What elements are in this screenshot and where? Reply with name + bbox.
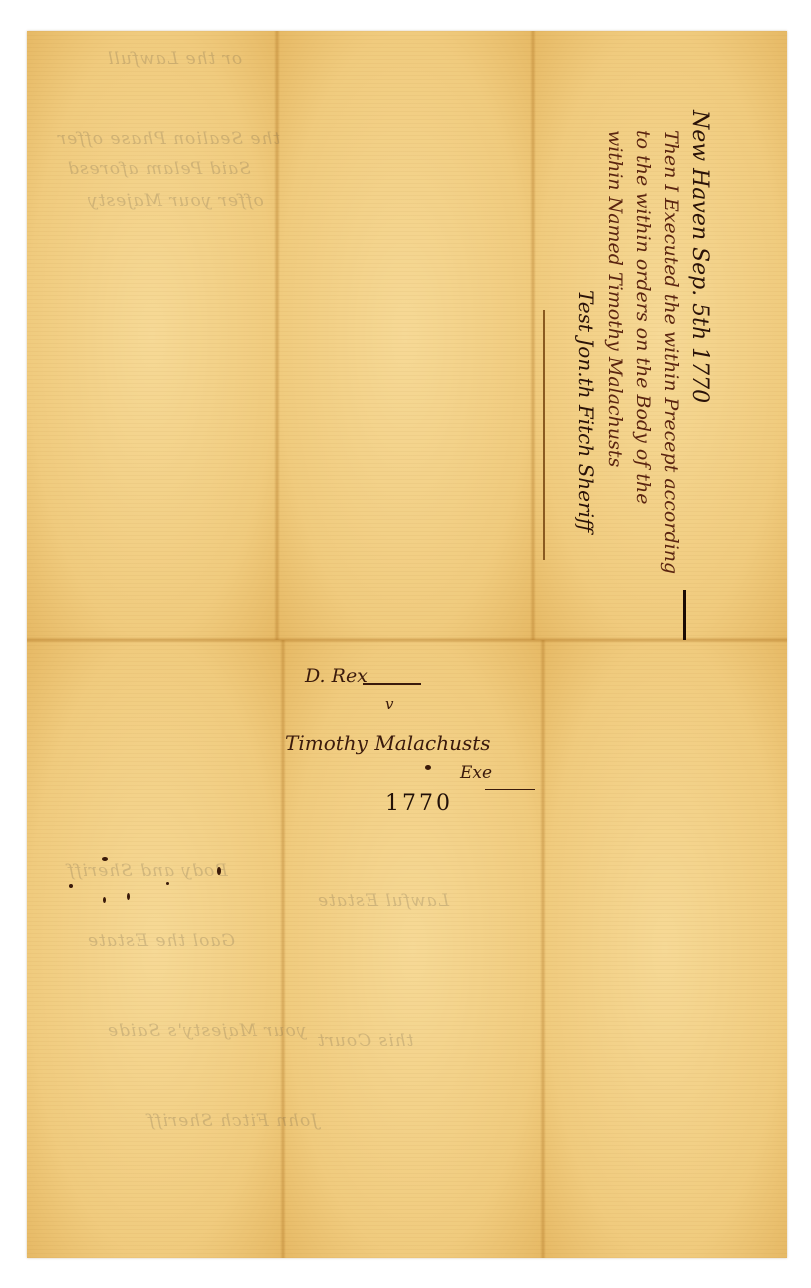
horizontal-fold [27,637,787,643]
vertical-fold-left-top [274,31,280,640]
ink-blot [217,867,221,875]
bleed-through-line: this Court [317,1031,414,1051]
signature-flourish-line [543,310,545,560]
date-underline [683,590,686,640]
bleed-through-line: the Sealion Phase offer [57,129,280,149]
endorsement-line: Then I Executed the within Precept accor… [660,130,682,574]
ink-blot [166,882,169,885]
bleed-through-line: Gaol the Estate [87,931,235,951]
panel-top-middle [277,31,533,640]
bleed-through-line: your Majesty's Saide [107,1021,306,1041]
docket-suffix: Exe [460,763,492,783]
ink-blot [103,897,106,903]
endorsement-line: to the within orders on the Body of the [632,130,654,504]
ink-blot [69,884,73,888]
bleed-through-signature: John Fitch Sheriff [147,1111,318,1131]
endorsement-place-date: New Haven Sep. 5th 1770 [687,110,712,403]
docket-plaintiff: D. Rex [305,665,368,687]
panel-bottom-right [543,640,787,1258]
docket-year: 1770 [385,791,453,816]
bleed-through-line: or the Lawfull [107,49,242,69]
endorsement-line: within Named Timothy Malachusts [604,130,626,467]
panel-top-left [27,31,277,640]
bleed-through-line: Body and Sheriff [67,861,228,881]
ink-blot [127,893,130,900]
endorsement-signature: Test Jon.th Fitch Sheriff [574,290,598,532]
vertical-fold-right-top [530,31,536,640]
bleed-through-line: Said Pelam aforesd [67,159,251,179]
docket-defendant: Timothy Malachusts [285,731,491,755]
bleed-through-line: Lawful Estate [317,891,449,911]
bleed-through-line: offer your Majesty [87,191,264,211]
ink-blot [102,857,108,861]
vertical-fold-right-bottom [540,640,546,1258]
docket-suffix-flourish [485,789,535,790]
docket: D. Rex v Timothy Malachusts Exe 1770 [285,665,535,825]
docket-versus: v [385,695,393,713]
docket-flourish [363,683,421,685]
